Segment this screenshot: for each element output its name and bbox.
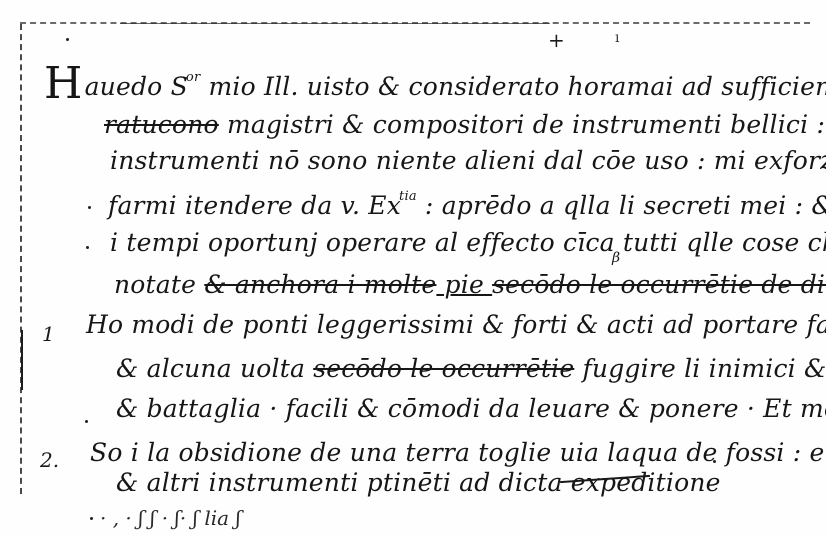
manuscript-line-3: instrumenti nō sono niente alieni dal cō… [110, 148, 826, 173]
line-text: instrumenti nō sono niente alieni dal cō… [110, 146, 826, 175]
line-text: & battaglia · facili & cōmodi da leuare … [116, 394, 826, 423]
superscript-abbrev: tia [399, 189, 417, 204]
line-text: auedo S [85, 72, 188, 101]
ink-speck [90, 517, 93, 520]
line-text: i tempi oportunj operare al effecto cīca… [110, 228, 826, 257]
manuscript-line-6: notate & anchora i molte pie secōdo le o… [114, 272, 826, 297]
line-text: farmi itendere da v. Ex [108, 191, 401, 220]
line-text: magistri & compositori de instrumenti be… [219, 110, 826, 139]
line-text: & alcuna uolta [116, 354, 313, 383]
line-text: Ho modi de ponti leggerissimi & forti & … [86, 310, 826, 339]
beta-mark: β [612, 250, 620, 266]
manuscript-line-2: ratucono magistri & compositori de instr… [104, 112, 826, 137]
cross-mark-icon: + [548, 28, 565, 52]
line-text: So i la obsidione de una terra toglie ui… [90, 438, 826, 467]
manuscript-line-8: & alcuna uolta secōdo le occurrētie fugg… [116, 356, 826, 381]
manuscript-line-9: & battaglia · facili & cōmodi da leuare … [116, 396, 826, 421]
tick-mark: ı [615, 30, 619, 46]
page-top-rule [120, 23, 550, 24]
ink-speck [85, 420, 88, 423]
ink-speck [88, 206, 91, 209]
manuscript-line-10: So i la obsidione de una terra toglie ui… [90, 440, 826, 465]
underlined-text: pie [436, 270, 492, 299]
line-text: & altri instrumenti ptinēti ad dicta exp… [116, 468, 721, 497]
manuscript-line-11: & altri instrumenti ptinēti ad dicta exp… [116, 470, 721, 495]
cut-off-bottom-line: · , · ʃ ʃ · ʃ· ʃ lia ʃ [100, 506, 241, 530]
struck-text: & anchora i molte [204, 270, 436, 299]
manuscript-line-7: Ho modi de ponti leggerissimi & forti & … [86, 312, 826, 337]
margin-number-2: 2. [40, 448, 59, 472]
struck-text: ratucono [104, 110, 219, 139]
superscript-abbrev: or [186, 70, 200, 85]
line-text: mio Ill. uisto & considerato horamai ad … [200, 72, 826, 101]
decorated-initial: H [44, 58, 83, 109]
manuscript-line-5: i tempi oportunj operare al effecto cīca… [110, 230, 826, 255]
page-left-rule [21, 330, 23, 390]
manuscript-line-4: farmi itendere da v. Extia : aprēdo a ql… [108, 190, 826, 218]
line-text: notate [114, 270, 204, 299]
ink-speck [66, 38, 69, 41]
page-left-edge [20, 24, 22, 494]
line-text: fuggire li inimici & altri s [574, 354, 826, 383]
struck-text: secōdo le occurrētie de diuis [492, 270, 826, 299]
manuscript-page: + ı Hauedo Sor mio Ill. uisto & consider… [0, 0, 826, 538]
ink-speck [86, 246, 89, 249]
line-text: : aprēdo a qlla li secreti mei : & appss… [417, 191, 826, 220]
struck-text: secōdo le occurrētie [313, 354, 574, 383]
manuscript-line-1: Hauedo Sor mio Ill. uisto & considerato … [44, 62, 826, 106]
margin-number-1: 1 [42, 322, 55, 346]
